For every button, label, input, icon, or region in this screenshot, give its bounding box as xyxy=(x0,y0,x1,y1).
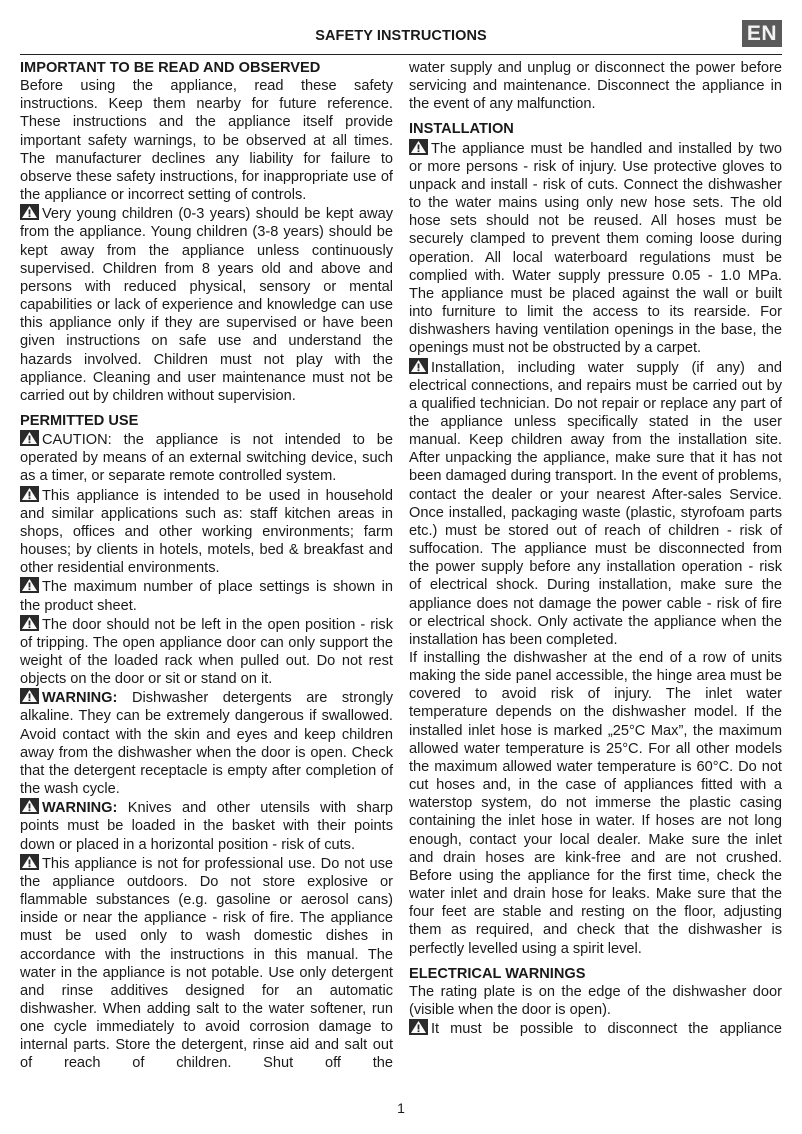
paragraph-end-of-row: If installing the dishwasher at the end … xyxy=(409,649,782,958)
section-heading-permitted-use: PERMITTED USE xyxy=(20,412,393,430)
paragraph-warning-detergents: WARNING: Dishwasher detergents are stron… xyxy=(20,688,393,798)
section-heading-important: IMPORTANT TO BE READ AND OBSERVED xyxy=(20,59,393,77)
paragraph-professional-use: This appliance is not for professional u… xyxy=(20,854,393,1073)
paragraph-disconnect: It must be possible to disconnect the ap… xyxy=(409,1019,782,1038)
warning-triangle-icon xyxy=(20,577,39,593)
warning-label: WARNING: xyxy=(42,690,117,706)
paragraph-place-settings: The maximum number of place settings is … xyxy=(20,577,393,614)
warning-triangle-icon xyxy=(20,688,39,704)
paragraph-warning-knives: WARNING: Knives and other utensils with … xyxy=(20,798,393,853)
warning-triangle-icon xyxy=(20,798,39,814)
page-title: SAFETY INSTRUCTIONS xyxy=(20,28,782,44)
page-number: 1 xyxy=(0,1100,802,1116)
paragraph-intro: Before using the appliance, read these s… xyxy=(20,77,393,204)
section-heading-electrical-warnings: ELECTRICAL WARNINGS xyxy=(409,965,782,983)
warning-triangle-icon xyxy=(20,486,39,502)
warning-label: WARNING: xyxy=(42,800,117,816)
paragraph-children: Very young children (0-3 years) should b… xyxy=(20,204,393,405)
section-heading-installation: INSTALLATION xyxy=(409,120,782,138)
paragraph-continuation: water supply and unplug or disconnect th… xyxy=(409,59,782,113)
warning-triangle-icon xyxy=(409,139,428,155)
left-column: IMPORTANT TO BE READ AND OBSERVED Before… xyxy=(20,59,393,1073)
paragraph-household-use: This appliance is intended to be used in… xyxy=(20,486,393,578)
language-badge: EN xyxy=(742,20,782,47)
paragraph-door-open: The door should not be left in the open … xyxy=(20,615,393,689)
paragraph-caution-switching: CAUTION: the appliance is not intended t… xyxy=(20,430,393,485)
paragraph-handling: The appliance must be handled and instal… xyxy=(409,139,782,358)
warning-triangle-icon xyxy=(20,615,39,631)
paragraph-rating-plate: The rating plate is on the edge of the d… xyxy=(409,983,782,1019)
page-header: SAFETY INSTRUCTIONS EN xyxy=(20,18,782,55)
warning-triangle-icon xyxy=(20,430,39,446)
warning-triangle-icon xyxy=(20,204,39,220)
right-column: water supply and unplug or disconnect th… xyxy=(409,59,782,1038)
warning-triangle-icon xyxy=(20,854,39,870)
paragraph-qualified-technician: Installation, including water supply (if… xyxy=(409,358,782,650)
warning-triangle-icon xyxy=(409,358,428,374)
warning-triangle-icon xyxy=(409,1019,428,1035)
